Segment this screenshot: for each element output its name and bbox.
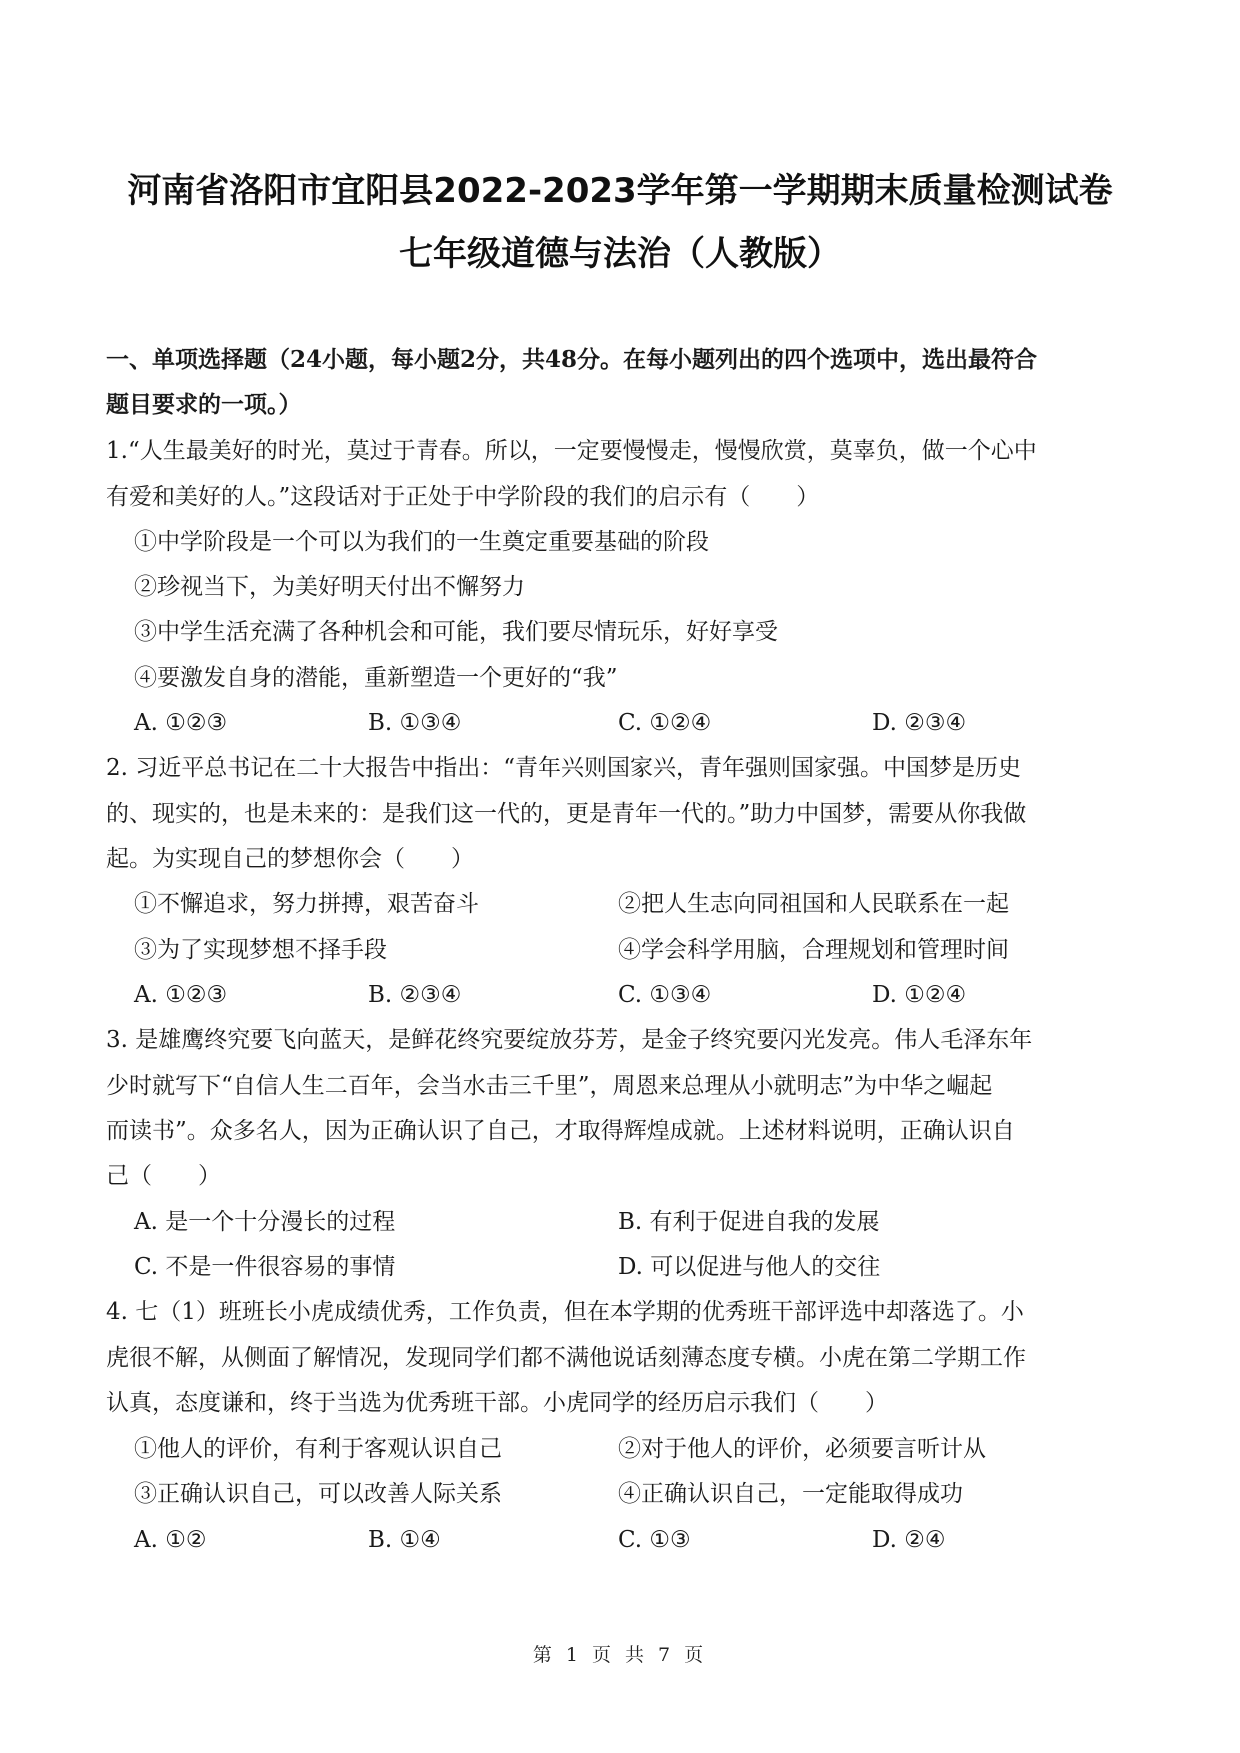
q2-statement-4: ④学会科学用脑，合理规划和管理时间	[618, 935, 1009, 965]
q3-stem-line1: 3. 是雄鹰终究要飞向蓝天，是鲜花终究要绽放芬芳，是金子终究要闪光发亮。伟人毛泽…	[106, 1025, 1136, 1055]
q4-option-c: C. ①③	[618, 1525, 691, 1555]
q3-stem-line3: 而读书”。众多名人，因为正确认识了自己，才取得辉煌成就。上述材料说明，正确认识自	[106, 1116, 1136, 1146]
q4-stem-line3: 认真，态度谦和，终于当选为优秀班干部。小虎同学的经历启示我们（ ）	[106, 1388, 1136, 1418]
section-heading-cont: 题目要求的一项。）	[106, 390, 1136, 420]
q3-option-b: B. 有利于促进自我的发展	[618, 1207, 880, 1237]
q2-option-a: A. ①②③	[134, 980, 227, 1010]
exam-subtitle: 七年级道德与法治（人教版）	[0, 226, 1240, 275]
q4-statement-3: ③正确认识自己，可以改善人际关系	[134, 1479, 502, 1509]
page-footer: 第 1 页 共 7 页	[0, 1640, 1240, 1667]
q1-statement-1: ①中学阶段是一个可以为我们的一生奠定重要基础的阶段	[134, 527, 1164, 557]
section-heading: 一、单项选择题（24小题，每小题2分，共48分。在每小题列出的四个选项中，选出最…	[106, 345, 1136, 375]
q1-statement-3: ③中学生活充满了各种机会和可能，我们要尽情玩乐，好好享受	[134, 617, 1164, 647]
q4-stem-line2: 虎很不解，从侧面了解情况，发现同学们都不满他说话刻薄态度专横。小虎在第二学期工作	[106, 1343, 1136, 1373]
q3-stem-line4: 己（ ）	[106, 1161, 1136, 1191]
q2-option-d: D. ①②④	[872, 980, 966, 1010]
q4-option-a: A. ①②	[134, 1525, 206, 1555]
q3-stem-line2: 少时就写下“自信人生二百年，会当水击三千里”，周恩来总理从小就明志”为中华之崛起	[106, 1071, 1136, 1101]
q2-option-b: B. ②③④	[368, 980, 461, 1010]
q2-stem-line1: 2. 习近平总书记在二十大报告中指出：“青年兴则国家兴，青年强则国家强。中国梦是…	[106, 753, 1136, 783]
exam-title: 河南省洛阳市宜阳县2022-2023学年第一学期期末质量检测试卷	[0, 163, 1240, 212]
exam-page: 河南省洛阳市宜阳县2022-2023学年第一学期期末质量检测试卷 七年级道德与法…	[0, 0, 1240, 1753]
q4-statement-2: ②对于他人的评价，必须要言听计从	[618, 1434, 986, 1464]
q2-stem-line3: 起。为实现自己的梦想你会（ ）	[106, 844, 1136, 874]
q1-option-c: C. ①②④	[618, 708, 711, 738]
q1-statement-4: ④要激发自身的潜能，重新塑造一个更好的“我”	[134, 663, 1164, 693]
q4-stem-line1: 4. 七（1）班班长小虎成绩优秀，工作负责，但在本学期的优秀班干部评选中却落选了…	[106, 1297, 1136, 1327]
q1-statement-2: ②珍视当下，为美好明天付出不懈努力	[134, 572, 1164, 602]
q1-stem-line2: 有爱和美好的人。”这段话对于正处于中学阶段的我们的启示有（ ）	[106, 482, 1136, 512]
q2-stem-line2: 的、现实的，也是未来的：是我们这一代的，更是青年一代的。”助力中国梦，需要从你我…	[106, 799, 1136, 829]
q4-statement-4: ④正确认识自己，一定能取得成功	[618, 1479, 963, 1509]
q1-stem-line1: 1.“人生最美好的时光，莫过于青春。所以，一定要慢慢走，慢慢欣赏，莫辜负，做一个…	[106, 436, 1136, 466]
q1-option-b: B. ①③④	[368, 708, 461, 738]
q2-option-c: C. ①③④	[618, 980, 711, 1010]
q2-statement-1: ①不懈追求，努力拼搏，艰苦奋斗	[134, 889, 479, 919]
q3-option-c: C. 不是一件很容易的事情	[134, 1252, 395, 1282]
q3-option-d: D. 可以促进与他人的交往	[618, 1252, 880, 1282]
q3-option-a: A. 是一个十分漫长的过程	[134, 1207, 395, 1237]
q1-option-d: D. ②③④	[872, 708, 966, 738]
q2-statement-2: ②把人生志向同祖国和人民联系在一起	[618, 889, 1009, 919]
q4-option-b: B. ①④	[368, 1525, 441, 1555]
q2-statement-3: ③为了实现梦想不择手段	[134, 935, 387, 965]
q4-option-d: D. ②④	[872, 1525, 945, 1555]
q1-option-a: A. ①②③	[134, 708, 227, 738]
q4-statement-1: ①他人的评价，有利于客观认识自己	[134, 1434, 502, 1464]
